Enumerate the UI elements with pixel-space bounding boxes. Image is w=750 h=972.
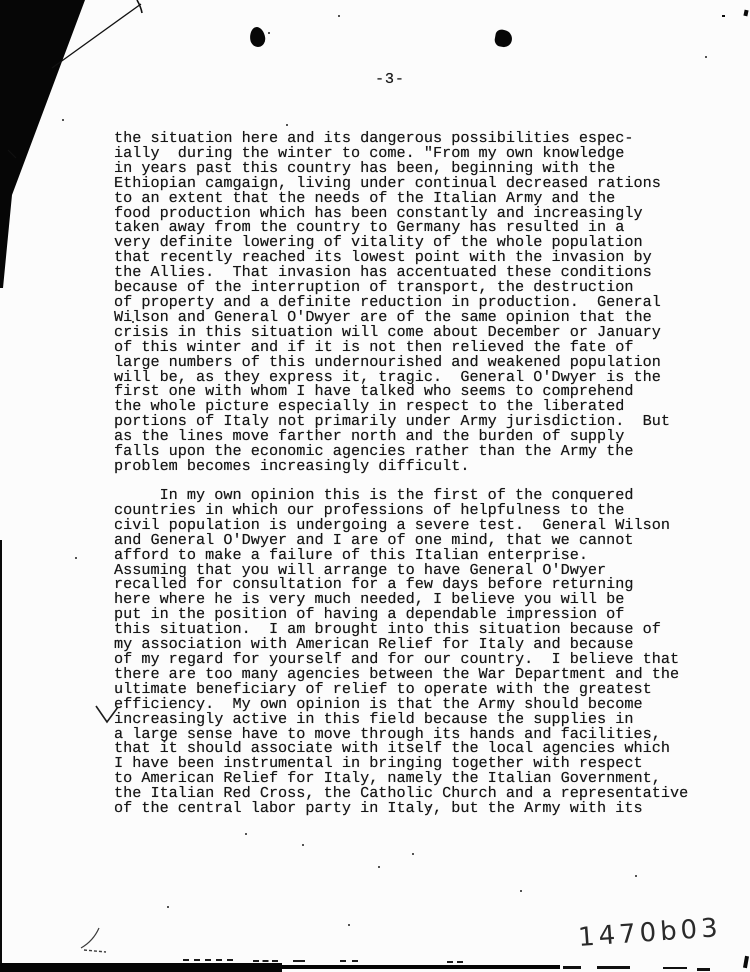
scan-bottom-bar — [0, 963, 282, 972]
scan-speck — [302, 844, 304, 846]
scan-speck — [167, 906, 169, 908]
scan-corner-artifact — [0, 0, 90, 290]
scan-speck — [245, 833, 247, 835]
scanned-document-page: -3- the situation here and its dangerous… — [0, 0, 750, 972]
scan-speck — [635, 875, 637, 877]
scan-left-edge-line — [0, 540, 2, 972]
scan-dash — [563, 966, 581, 969]
scan-bottom-bar-thin — [282, 965, 560, 969]
scan-speck — [378, 866, 380, 868]
scan-dotted-line — [253, 960, 278, 962]
scan-edge-mark — [722, 15, 725, 17]
scan-speck — [412, 853, 414, 855]
scan-speck — [520, 890, 522, 892]
pencil-squiggle — [81, 928, 106, 952]
scan-dotted-line — [183, 959, 233, 961]
scan-dotted-line — [293, 960, 305, 962]
scan-dash — [597, 966, 630, 969]
scan-speck — [132, 321, 134, 323]
paragraph-2: In my own opinion this is the first of t… — [114, 488, 688, 816]
scan-dotted-line — [447, 961, 463, 963]
scan-speck — [348, 924, 350, 926]
page-number: -3- — [375, 70, 405, 88]
scan-dash — [697, 968, 710, 971]
scan-speck — [286, 124, 288, 126]
scan-speck — [268, 32, 270, 34]
scan-speck — [428, 806, 430, 808]
scan-dotted-line — [340, 960, 358, 962]
scan-speck — [338, 15, 340, 17]
scan-edge-mark — [743, 956, 749, 969]
scan-speck — [62, 119, 64, 121]
hole-punch-dot-right — [494, 29, 514, 49]
scan-speck — [75, 557, 77, 559]
hole-punch-dot-left — [249, 26, 267, 48]
handwritten-reference-number: 1470b03 — [577, 913, 723, 953]
scan-speck — [705, 56, 707, 58]
paragraph-1: the situation here and its dangerous pos… — [114, 131, 670, 474]
scan-dash — [663, 967, 687, 969]
scan-edge-mark — [743, 10, 748, 17]
